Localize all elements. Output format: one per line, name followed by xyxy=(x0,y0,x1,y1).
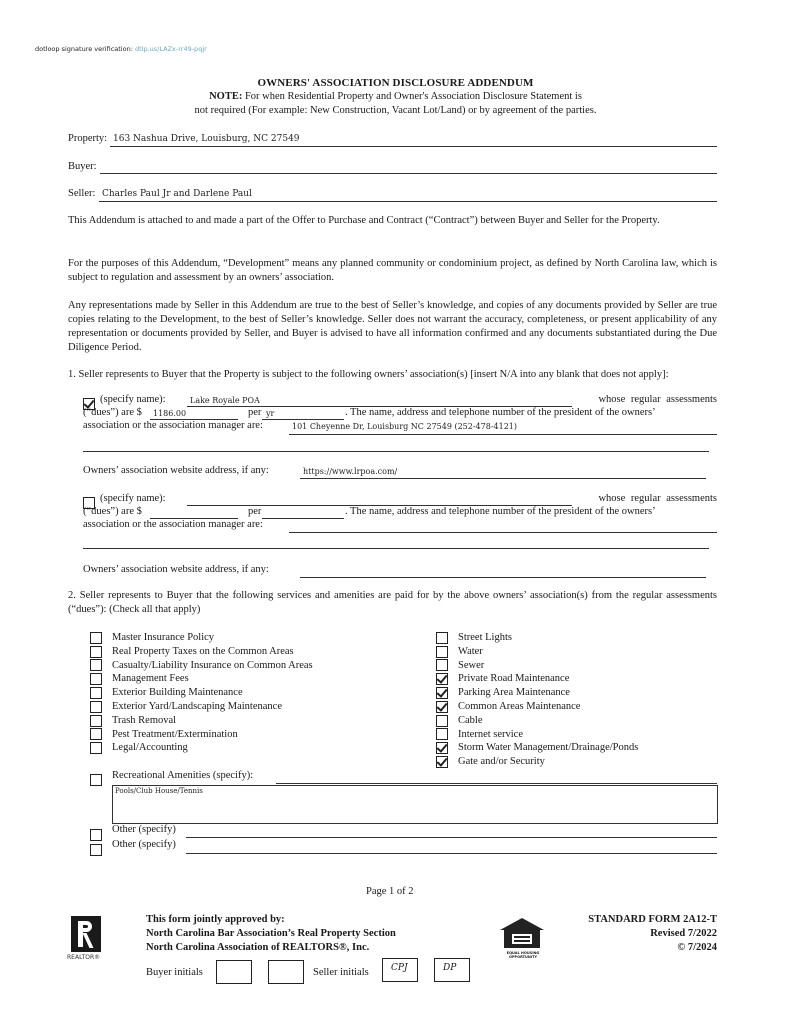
checkbox-empty-icon[interactable] xyxy=(436,646,448,658)
equal-housing-logo-icon xyxy=(500,918,544,948)
recreational-value: Pools/Club House/Tennis xyxy=(115,787,203,795)
checkbox-empty-icon[interactable] xyxy=(90,701,102,713)
assoc1-manager-line xyxy=(289,434,717,435)
assoc2-specify-label: (specify name): xyxy=(100,493,166,504)
approved-by-line-3: North Carolina Association of REALTORS®,… xyxy=(146,941,369,955)
assoc1-manager-line-2 xyxy=(83,451,709,452)
service-item[interactable]: Storm Water Management/Drainage/Ponds xyxy=(436,741,638,755)
service-item-label: Gate and/or Security xyxy=(458,755,545,769)
property-line xyxy=(110,146,717,147)
other1-label: Other (specify) xyxy=(112,824,176,835)
checkbox-empty-icon[interactable] xyxy=(90,715,102,727)
note-line-2: not required (For example: New Construct… xyxy=(0,104,791,117)
checkbox-empty-icon[interactable] xyxy=(90,728,102,740)
services-right-list: Street LightsWaterSewerPrivate Road Main… xyxy=(436,631,638,769)
checkbox-checked-icon[interactable] xyxy=(436,742,448,754)
recreational-textarea[interactable]: Pools/Club House/Tennis xyxy=(112,785,718,824)
assoc2-manager-line xyxy=(289,532,717,533)
checkbox-empty-icon[interactable] xyxy=(436,659,448,671)
assoc1-specify-label: (specify name): xyxy=(100,394,166,405)
service-item[interactable]: Private Road Maintenance xyxy=(436,672,638,686)
service-item[interactable]: Real Property Taxes on the Common Areas xyxy=(90,645,313,659)
checkbox-empty-icon xyxy=(90,844,102,856)
seller-initials-box-2[interactable]: DP xyxy=(434,958,470,982)
service-item[interactable]: Exterior Yard/Landscaping Maintenance xyxy=(90,700,313,714)
service-item-label: Water xyxy=(458,645,483,659)
form-copyright: © 7/2024 xyxy=(560,941,717,955)
form-revised: Revised 7/2022 xyxy=(560,927,717,941)
service-item[interactable]: Master Insurance Policy xyxy=(90,631,313,645)
service-item[interactable]: Exterior Building Maintenance xyxy=(90,686,313,700)
checkbox-empty-icon xyxy=(90,829,102,841)
seller-initial-1: CPJ xyxy=(391,963,408,973)
assoc1-website-label: Owners’ association website address, if … xyxy=(83,465,269,476)
section-2-intro: 2. Seller represents to Buyer that the f… xyxy=(68,589,717,617)
note-line-1: NOTE: For when Residential Property and … xyxy=(0,90,791,103)
assoc2-manager-line-2 xyxy=(83,548,709,549)
addendum-paragraph: This Addendum is attached to and made a … xyxy=(68,214,717,228)
assoc2-whose-label: whose regular assessments xyxy=(576,493,717,504)
service-item[interactable]: Management Fees xyxy=(90,672,313,686)
section-1-intro: 1. Seller represents to Buyer that the P… xyxy=(68,368,717,382)
property-label: Property: xyxy=(68,133,107,144)
realtor-label: REALTOR® xyxy=(67,954,100,961)
assoc1-president-text: . The name, address and telephone number… xyxy=(345,407,656,418)
checkbox-empty-icon[interactable] xyxy=(90,742,102,754)
service-item-label: Master Insurance Policy xyxy=(112,631,214,645)
other2-checkbox[interactable] xyxy=(90,841,102,859)
assoc2-per-label: per xyxy=(248,506,261,517)
service-item[interactable]: Pest Treatment/Extermination xyxy=(90,728,313,742)
seller-initials-box-1[interactable]: CPJ xyxy=(382,958,418,982)
approved-by-line-1: This form jointly approved by: xyxy=(146,913,285,927)
other2-line xyxy=(186,853,717,854)
assoc2-per-line xyxy=(262,518,344,519)
buyer-initials-box-1[interactable] xyxy=(216,960,252,984)
checkbox-empty-icon xyxy=(90,774,102,786)
assoc1-per-label: per xyxy=(248,407,261,418)
service-item-label: Private Road Maintenance xyxy=(458,672,569,686)
service-item-label: Street Lights xyxy=(458,631,512,645)
assoc2-manager-label: association or the association manager a… xyxy=(83,519,263,530)
service-item-label: Real Property Taxes on the Common Areas xyxy=(112,645,294,659)
service-item[interactable]: Gate and/or Security xyxy=(436,755,638,769)
page-number: Page 1 of 2 xyxy=(366,886,414,897)
assoc1-dues-label: (“dues”) are $ xyxy=(83,407,142,418)
service-item[interactable]: Trash Removal xyxy=(90,714,313,728)
assoc1-name-field[interactable]: Lake Royale POA xyxy=(190,396,260,405)
service-item[interactable]: Legal/Accounting xyxy=(90,741,313,755)
checkbox-empty-icon[interactable] xyxy=(436,715,448,727)
service-item-label: Parking Area Maintenance xyxy=(458,686,570,700)
service-item-label: Pest Treatment/Extermination xyxy=(112,728,238,742)
service-item-label: Sewer xyxy=(458,659,484,673)
recreational-checkbox[interactable] xyxy=(90,771,102,789)
buyer-line xyxy=(100,173,717,174)
checkbox-empty-icon[interactable] xyxy=(90,659,102,671)
signature-verification: dotloop signature verification: dtlp.us/… xyxy=(35,45,207,53)
recreational-line xyxy=(276,783,717,784)
other1-line xyxy=(186,837,717,838)
equal-housing-label: EQUAL HOUSING OPPORTUNITY xyxy=(500,951,546,959)
approved-by-line-2: North Carolina Bar Association’s Real Pr… xyxy=(146,927,396,941)
service-item-label: Exterior Yard/Landscaping Maintenance xyxy=(112,700,282,714)
service-item[interactable]: Internet service xyxy=(436,728,638,742)
service-item[interactable]: Sewer xyxy=(436,659,638,673)
seller-initials-label: Seller initials xyxy=(313,967,369,978)
service-item[interactable]: Casualty/Liability Insurance on Common A… xyxy=(90,659,313,673)
assoc1-whose-label: whose regular assessments xyxy=(576,394,717,405)
verification-link[interactable]: dtlp.us/LAZx-rr49-pqjr xyxy=(135,45,207,53)
development-definition-paragraph: For the purposes of this Addendum, “Deve… xyxy=(68,257,717,285)
service-item-label: Common Areas Maintenance xyxy=(458,700,580,714)
assoc1-per-field[interactable]: yr xyxy=(266,409,274,418)
seller-initial-2: DP xyxy=(443,963,456,973)
seller-label: Seller: xyxy=(68,188,95,199)
service-item[interactable]: Water xyxy=(436,645,638,659)
note-label: NOTE: xyxy=(209,91,242,102)
service-item-label: Cable xyxy=(458,714,483,728)
service-item-label: Casualty/Liability Insurance on Common A… xyxy=(112,659,313,673)
checkbox-checked-icon[interactable] xyxy=(436,673,448,685)
assoc2-president-text: . The name, address and telephone number… xyxy=(345,506,656,517)
checkbox-empty-icon[interactable] xyxy=(90,673,102,685)
other2-label: Other (specify) xyxy=(112,839,176,850)
checkbox-empty-icon[interactable] xyxy=(436,632,448,644)
service-item[interactable]: Cable xyxy=(436,714,638,728)
assoc1-website-line xyxy=(300,478,706,479)
service-item-label: Storm Water Management/Drainage/Ponds xyxy=(458,741,638,755)
seller-field[interactable]: Charles Paul Jr and Darlene Paul xyxy=(102,189,252,199)
representations-paragraph: Any representations made by Seller in th… xyxy=(68,299,717,355)
form-name: STANDARD FORM 2A12-T xyxy=(560,913,717,927)
realtor-logo-icon xyxy=(71,916,101,952)
assoc2-website-label: Owners’ association website address, if … xyxy=(83,564,269,575)
buyer-initials-label: Buyer initials xyxy=(146,967,203,978)
service-item-label: Internet service xyxy=(458,728,523,742)
assoc2-website-line xyxy=(300,577,706,578)
assoc1-website-field[interactable]: https://www.lrpoa.com/ xyxy=(303,467,397,476)
service-item[interactable]: Street Lights xyxy=(436,631,638,645)
property-field[interactable]: 163 Nashua Drive, Louisburg, NC 27549 xyxy=(113,134,300,144)
service-item-label: Trash Removal xyxy=(112,714,176,728)
checkbox-empty-icon[interactable] xyxy=(90,632,102,644)
buyer-initials-box-2[interactable] xyxy=(268,960,304,984)
service-item[interactable]: Common Areas Maintenance xyxy=(436,700,638,714)
seller-line xyxy=(99,201,717,202)
assoc1-dues-field[interactable]: 1186.00 xyxy=(153,409,186,418)
service-item-label: Exterior Building Maintenance xyxy=(112,686,243,700)
recreational-label: Recreational Amenities (specify): xyxy=(112,770,253,781)
checkbox-empty-icon[interactable] xyxy=(90,687,102,699)
services-left-list: Master Insurance PolicyReal Property Tax… xyxy=(90,631,313,755)
service-item-label: Management Fees xyxy=(112,672,189,686)
buyer-label: Buyer: xyxy=(68,161,97,172)
checkbox-checked-icon[interactable] xyxy=(436,756,448,768)
service-item-label: Legal/Accounting xyxy=(112,741,188,755)
assoc1-manager-label: association or the association manager a… xyxy=(83,420,263,431)
checkbox-checked-icon[interactable] xyxy=(436,701,448,713)
service-item[interactable]: Parking Area Maintenance xyxy=(436,686,638,700)
assoc1-manager-field[interactable]: 101 Cheyenne Dr, Louisburg NC 27549 (252… xyxy=(292,422,517,431)
checkbox-empty-icon[interactable] xyxy=(90,646,102,658)
checkbox-checked-icon[interactable] xyxy=(436,687,448,699)
document-title: OWNERS' ASSOCIATION DISCLOSURE ADDENDUM xyxy=(0,77,791,89)
note-text-1: For when Residential Property and Owner'… xyxy=(242,91,582,102)
verification-label: dotloop signature verification: xyxy=(35,45,133,53)
assoc2-dues-label: (“dues”) are $ xyxy=(83,506,142,517)
checkbox-empty-icon[interactable] xyxy=(436,728,448,740)
assoc1-per-line xyxy=(262,419,344,420)
